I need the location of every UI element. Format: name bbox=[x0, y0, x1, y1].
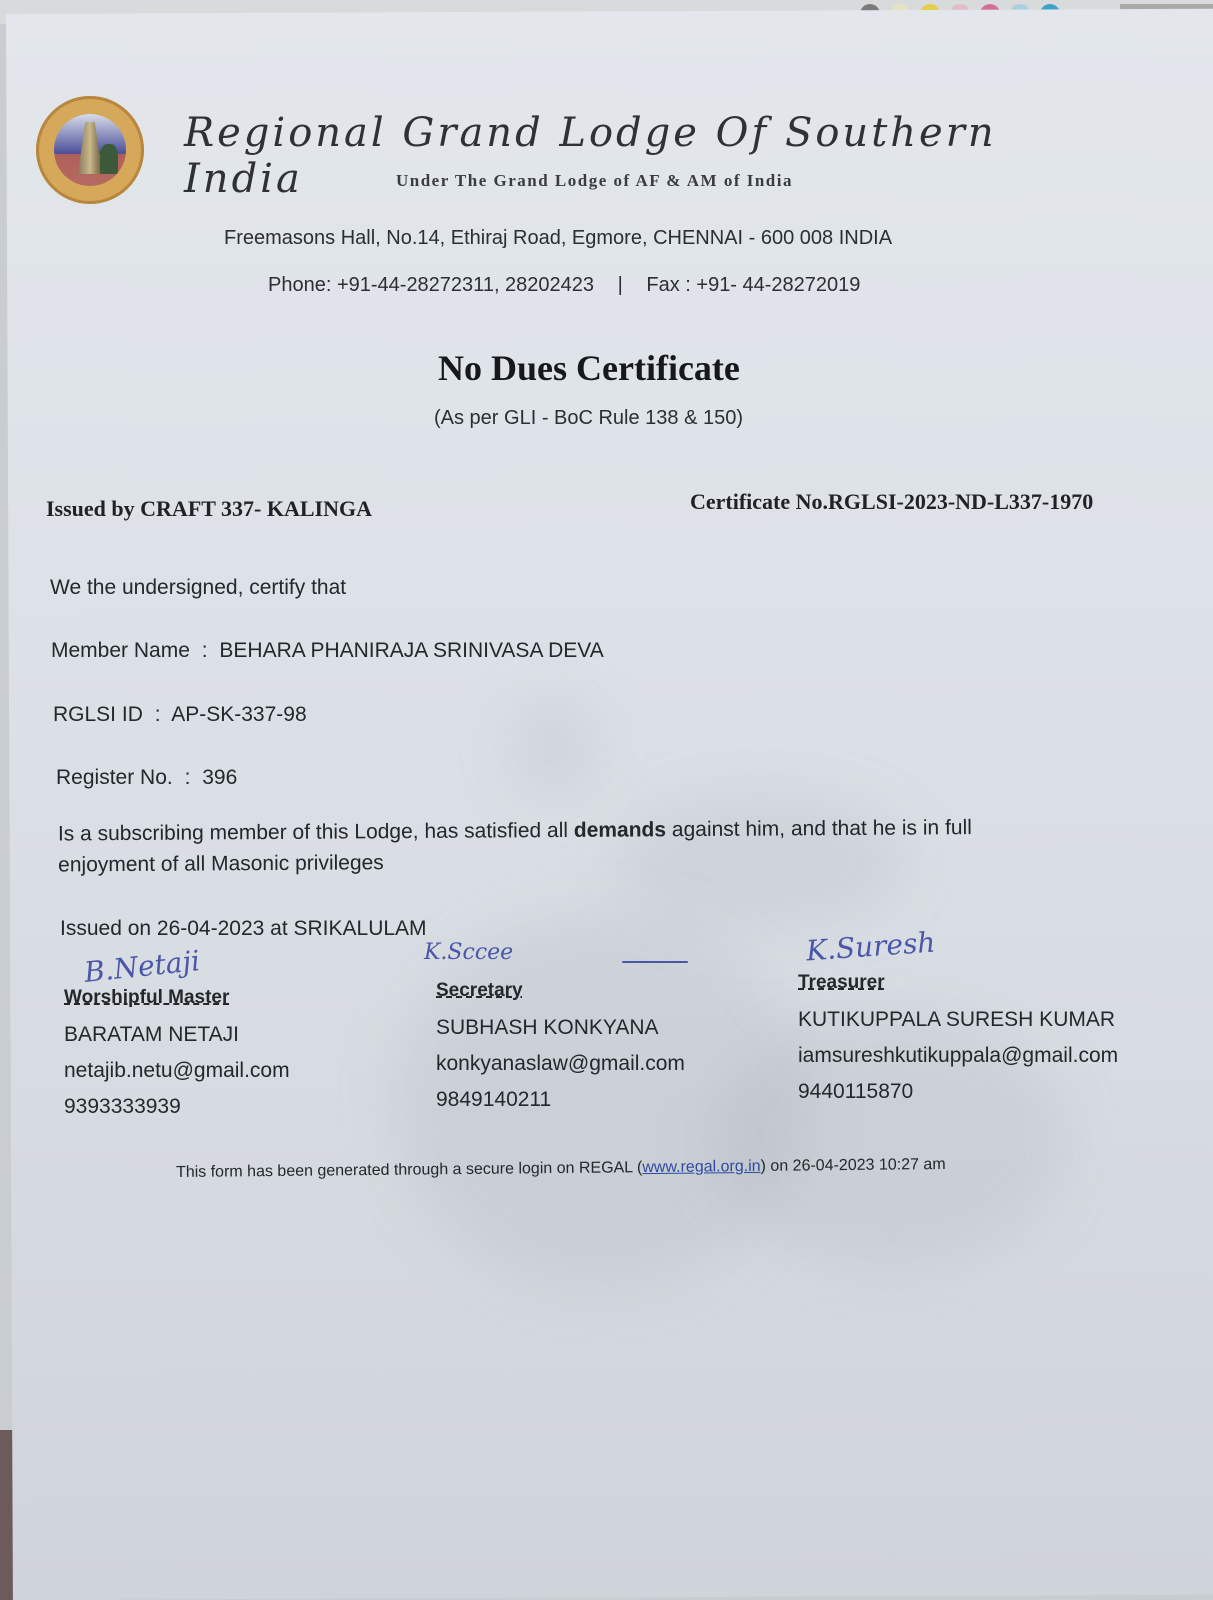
rglsi-id-label: RGLSI ID bbox=[53, 703, 143, 726]
separator: : bbox=[196, 639, 214, 662]
footer-text: ) on 26-04-2023 10:27 am bbox=[761, 1156, 946, 1175]
certification-statement: Is a subscribing member of this Lodge, h… bbox=[58, 812, 1058, 881]
signatory-name: KUTIKUPPALA SURESH KUMAR bbox=[798, 1008, 1118, 1032]
signatory-name: SUBHASH KONKYANA bbox=[436, 1016, 685, 1040]
statement-text: against him, and that he is in full bbox=[666, 816, 972, 841]
member-name-label: Member Name bbox=[51, 639, 190, 662]
fax-number: Fax : +91- 44-28272019 bbox=[646, 274, 860, 296]
separator: : bbox=[149, 703, 167, 726]
organization-address: Freemasons Hall, No.14, Ethiraj Road, Eg… bbox=[224, 227, 892, 250]
signatory-worshipful-master: Worshipful Master BARATAM NETAJI netajib… bbox=[64, 987, 290, 1131]
signatory-email: konkyanaslaw@gmail.com bbox=[436, 1052, 685, 1076]
rglsi-id-row: RGLSI ID : AP-SK-337-98 bbox=[53, 703, 307, 727]
signatory-secretary: Secretary SUBHASH KONKYANA konkyanaslaw@… bbox=[436, 980, 685, 1124]
signatory-phone: 9440115870 bbox=[798, 1080, 1118, 1104]
intro-text: We the undersigned, certify that bbox=[50, 576, 346, 600]
signature-stroke bbox=[622, 961, 688, 963]
certificate-number: Certificate No.RGLSI-2023-ND-L337-1970 bbox=[690, 489, 1093, 515]
member-name-row: Member Name : BEHARA PHANIRAJA SRINIVASA… bbox=[51, 639, 604, 663]
lodge-seal-logo bbox=[36, 96, 144, 204]
certificate-title: No Dues Certificate bbox=[438, 347, 740, 389]
signatory-treasurer: Treasurer KUTIKUPPALA SURESH KUMAR iamsu… bbox=[798, 972, 1118, 1116]
statement-emphasis: demands bbox=[574, 818, 666, 842]
signatory-email: iamsureshkutikuppala@gmail.com bbox=[798, 1044, 1118, 1068]
register-no-label: Register No. bbox=[56, 766, 173, 789]
signatory-phone: 9393333939 bbox=[64, 1095, 290, 1119]
signatory-name: BARATAM NETAJI bbox=[64, 1023, 290, 1047]
tree-icon bbox=[100, 144, 118, 174]
signatory-email: netajib.netu@gmail.com bbox=[64, 1059, 290, 1083]
register-no-value: 396 bbox=[202, 766, 237, 789]
regal-website-link[interactable]: www.regal.org.in bbox=[642, 1158, 760, 1176]
tower-icon bbox=[78, 122, 102, 174]
signatory-phone: 9849140211 bbox=[436, 1088, 685, 1112]
signatory-role: Treasurer bbox=[798, 972, 1118, 994]
separator: : bbox=[179, 766, 197, 789]
divider: | bbox=[600, 274, 641, 296]
certificate-rule-reference: (As per GLI - BoC Rule 138 & 150) bbox=[434, 407, 743, 430]
phone-numbers: Phone: +91-44-28272311, 28202423 bbox=[268, 274, 594, 296]
rglsi-id-value: AP-SK-337-98 bbox=[171, 703, 306, 726]
statement-text: Is a subscribing member of this Lodge, h… bbox=[58, 819, 574, 846]
signatory-role: Worshipful Master bbox=[64, 987, 290, 1009]
issued-on: Issued on 26-04-2023 at SRIKALULAM bbox=[60, 917, 427, 941]
logo-emblem bbox=[54, 114, 126, 186]
issued-by: Issued by CRAFT 337- KALINGA bbox=[46, 496, 372, 522]
organization-subtitle: Under The Grand Lodge of AF & AM of Indi… bbox=[396, 171, 793, 191]
stain bbox=[509, 691, 599, 801]
register-no-row: Register No. : 396 bbox=[56, 766, 237, 790]
signature-secretary: K.Sccee bbox=[424, 940, 513, 965]
footer-text: This form has been generated through a s… bbox=[176, 1159, 642, 1181]
member-name-value: BEHARA PHANIRAJA SRINIVASA DEVA bbox=[219, 639, 603, 662]
signatory-role: Secretary bbox=[436, 980, 685, 1002]
contact-line: Phone: +91-44-28272311, 28202423 | Fax :… bbox=[268, 274, 860, 297]
